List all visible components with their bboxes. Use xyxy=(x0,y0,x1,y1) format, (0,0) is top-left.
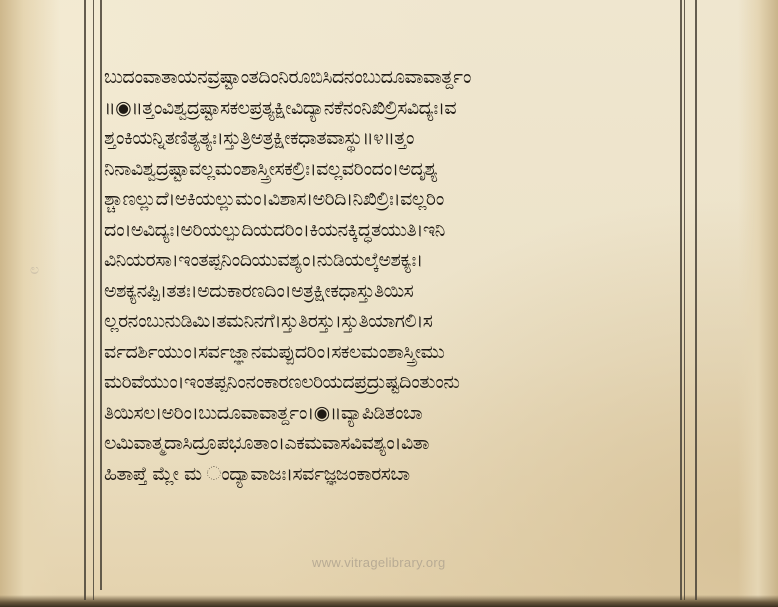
watermark-text: www.vitragelibrary.org xyxy=(312,555,446,570)
manuscript-line: ಮರಿವೆಯುಂ।ಇಂತಪ್ಪನಿಂನಂಕಾರಣಲರಿಯದಪ್ರದ್ರುಷ್ಟದ… xyxy=(104,367,678,398)
manuscript-line: ದಂ।ಅವಿದ್ಯಃ।ಅರಿಯಲ್ಪುದಿಯದರಿಂ।ಕಿಯನಕ್ಕಿದ್ಧತಯ… xyxy=(104,215,678,246)
right-margin-rule-middle xyxy=(684,0,685,600)
manuscript-line: ವಿನಿಯರಸಾ।ಇಂತಪ್ಪನಿಂದಿಯುವಶ್ಯಂ।ನುಡಿಯಲ್ಕೆಅಶಕ… xyxy=(104,245,678,276)
manuscript-line: ಶ್ಚಾಣಲ್ಲುದೆ।ಅಕಿಯಲ್ಲುಮಂ।ವಿಶಾಸ।ಅರಿದಿ।ನಿಖಿಲ… xyxy=(104,184,678,215)
manuscript-page: ಲ ಬುದಂವಾತಾಯನವ್ರಷ್ಟಾಂತದಿಂನಿರೂಬಿಸಿದನಂಬುದೂವ… xyxy=(0,0,778,607)
manuscript-line: ಶ್ತಂಕಿಯನ್ನಿತಣಿತ್ಯತ್ಯಃ।ಸ್ತುತ್ರಿಅತ್ರಕ್ಷೀಕಧ… xyxy=(104,123,678,154)
manuscript-line: ನಿನಾವಿಶ್ವದ್ರಷ್ಟಾವಲ್ಲಮಂಶಾಸ್ತ್ರೀಸಕಲ್ರಿಃ।ವಲ… xyxy=(104,154,678,185)
right-margin-rule-inner xyxy=(680,0,682,600)
left-page-edge xyxy=(0,0,60,607)
left-margin-rule-outer xyxy=(84,0,86,600)
left-margin-rule-inner xyxy=(100,0,102,590)
right-margin-rule-outer xyxy=(695,0,697,600)
bottom-page-edge xyxy=(0,595,778,607)
manuscript-line: ಹಿತಾಪ್ತೆ ಮ್ಲೇ ಮ ಂದ್ಯಾವಾಜಃ।ಸರ್ವಜ್ಞಜಂಕಾರಸಬ… xyxy=(104,459,678,490)
manuscript-line: ರ್ವದರ್ಶಿಯುಂ।ಸರ್ವಜ್ಞಾನಮಪ್ಪುದರಿಂ।ಸಕಲಮಂಶಾಸ್… xyxy=(104,337,678,368)
right-page-edge xyxy=(738,0,778,607)
manuscript-text-block: ಬುದಂವಾತಾಯನವ್ರಷ್ಟಾಂತದಿಂನಿರೂಬಿಸಿದನಂಬುದೂವಾವ… xyxy=(104,62,678,489)
manuscript-line: ಲಮಿವಾತ್ಮದಾಸಿದ್ರೂಪಭೂತಾಂ।ಎಕಮವಾಸವಿವಶ್ಯಂ।ವಿತ… xyxy=(104,428,678,459)
marginal-ghost-text: ಲ xyxy=(30,262,39,278)
manuscript-line: ಲ್ಲರನಂಬುನುಡಿಮಿ।ತಮನಿನಗೆ।ಸ್ತುತಿರಸ್ತು।ಸ್ತುತ… xyxy=(104,306,678,337)
manuscript-line: ತಿಯಿಸಲ।ಅರಿಂ।ಬುದೂವಾವಾರ್ತ್ದಂ।◉॥ವ್ಯಾಪಿಡಿತಂಬ… xyxy=(104,398,678,429)
left-margin-rule-middle xyxy=(93,0,94,600)
manuscript-line: ॥◉॥ತ್ತಂವಿಶ್ವದ್ರಷ್ಟಾಸಕಲಪ್ರತ್ಯಕ್ಷೀವಿದ್ಯಾನಕ… xyxy=(104,93,678,124)
manuscript-line: ಬುದಂವಾತಾಯನವ್ರಷ್ಟಾಂತದಿಂನಿರೂಬಿಸಿದನಂಬುದೂವಾವ… xyxy=(104,62,678,93)
manuscript-line: ಅಶಕ್ಯನಪ್ಪಿ।ತತಃ।ಅದುಕಾರಣದಿಂ।ಅತ್ರಕ್ಷೀಕಧಾಸ್ತ… xyxy=(104,276,678,307)
